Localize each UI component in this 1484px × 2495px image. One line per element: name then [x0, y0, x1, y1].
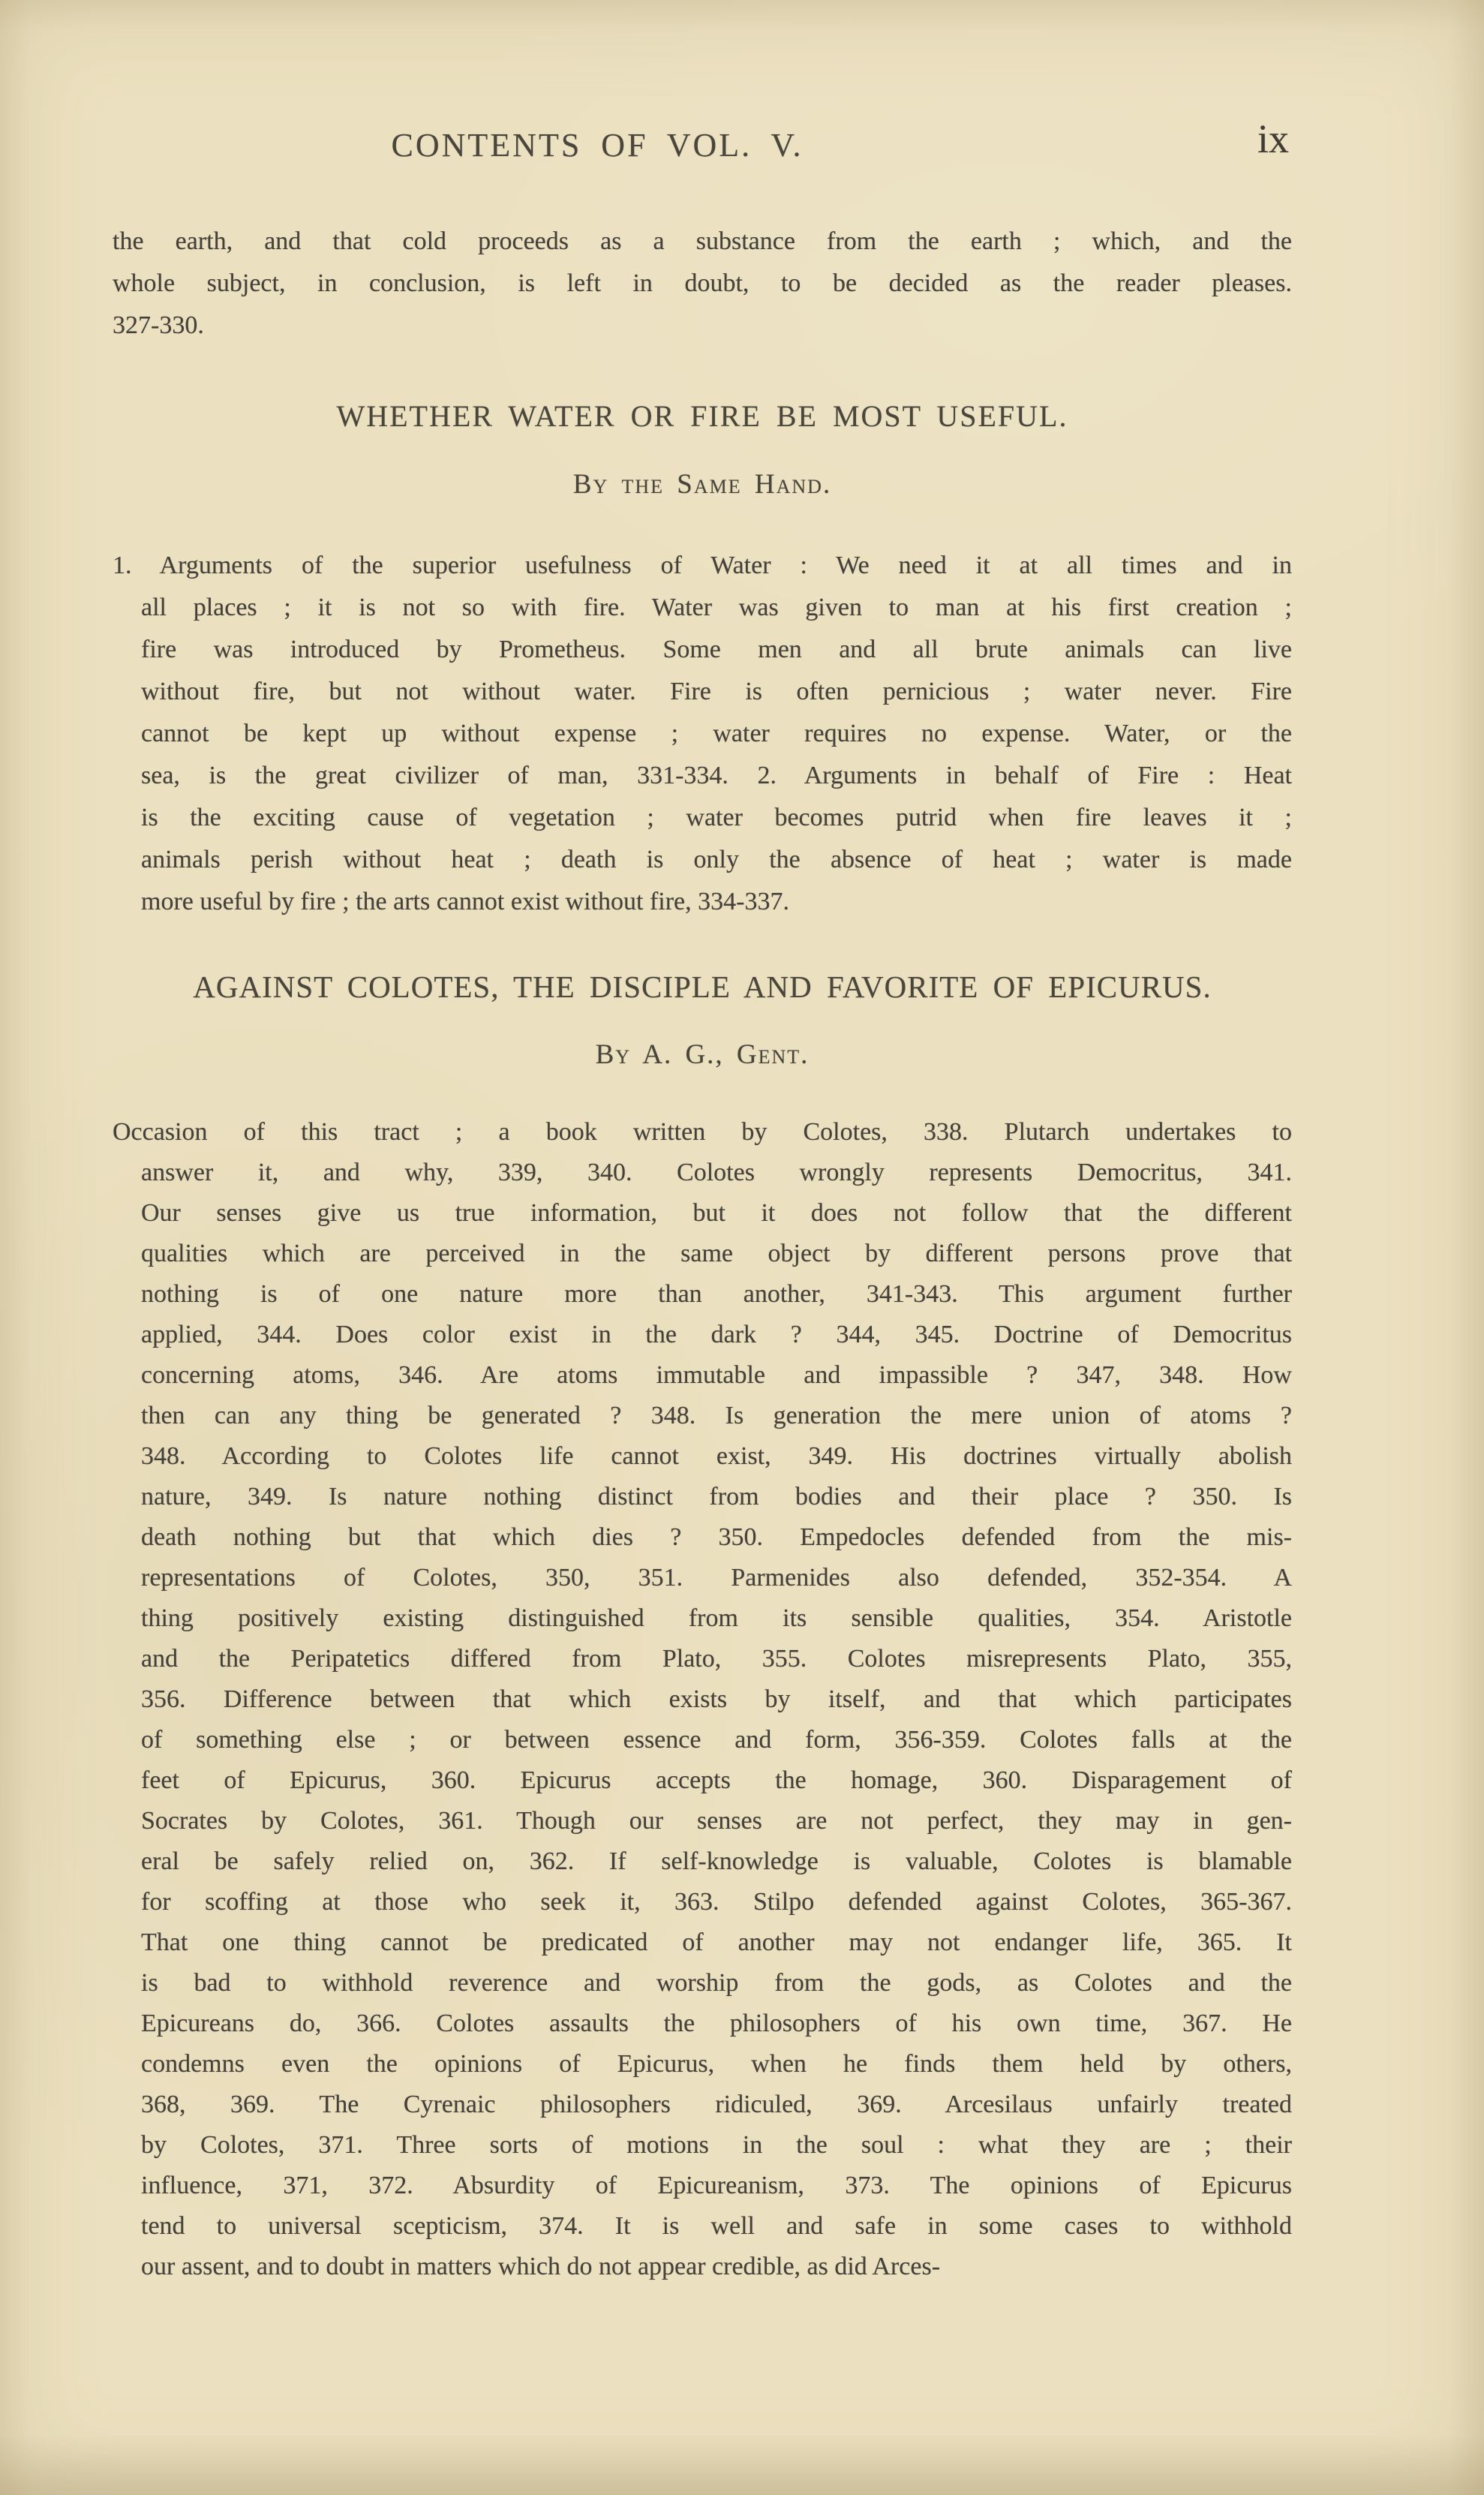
- text-line: That one thing cannot be predicated of a…: [141, 1922, 1292, 1963]
- text-line: 327-330.: [113, 305, 1292, 347]
- section-paragraph-against-colotes: Occasion of this tract ; a book written …: [113, 1112, 1292, 2287]
- page-header: CONTENTS OF VOL. V. ix: [113, 122, 1292, 174]
- text-line: nature, 349. Is nature nothing distinct …: [141, 1477, 1292, 1517]
- section-heading-water-or-fire: WHETHER WATER OR FIRE BE MOST USEFUL.: [113, 398, 1292, 434]
- text-line: tend to universal scepticism, 374. It is…: [141, 2206, 1292, 2247]
- section-paragraph-water-or-fire: 1. Arguments of the superior usefulness …: [113, 545, 1292, 923]
- text-line: cannot be kept up without expense ; wate…: [141, 713, 1292, 755]
- text-line: sea, is the great civilizer of man, 331-…: [141, 755, 1292, 797]
- page-title: CONTENTS OF VOL. V.: [113, 126, 1082, 164]
- text-line: 1. Arguments of the superior usefulness …: [113, 545, 1292, 587]
- text-line: Our senses give us true information, but…: [141, 1193, 1292, 1234]
- intro-paragraph: the earth, and that cold proceeds as a s…: [113, 221, 1292, 347]
- section-heading-against-colotes: AGAINST COLOTES, THE DISCIPLE AND FAVORI…: [113, 969, 1292, 1005]
- text-line: eral be safely relied on, 362. If self-k…: [141, 1841, 1292, 1882]
- text-line: Occasion of this tract ; a book written …: [113, 1112, 1292, 1153]
- text-line: fire was introduced by Prometheus. Some …: [141, 629, 1292, 671]
- text-line: thing positively existing distinguished …: [141, 1598, 1292, 1639]
- text-line: by Colotes, 371. Three sorts of motions …: [141, 2125, 1292, 2166]
- text-line: nothing is of one nature more than anoth…: [141, 1274, 1292, 1315]
- text-line: without fire, but not without water. Fir…: [141, 671, 1292, 713]
- text-line: then can any thing be generated ? 348. I…: [141, 1396, 1292, 1436]
- text-line: feet of Epicurus, 360. Epicurus accepts …: [141, 1760, 1292, 1801]
- text-line: condemns even the opinions of Epicurus, …: [141, 2044, 1292, 2085]
- text-line: is the exciting cause of vegetation ; wa…: [141, 797, 1292, 839]
- text-line: 368, 369. The Cyrenaic philosophers ridi…: [141, 2085, 1292, 2125]
- text-line: our assent, and to doubt in matters whic…: [141, 2247, 1292, 2287]
- book-page: CONTENTS OF VOL. V. ix the earth, and th…: [0, 0, 1484, 2495]
- text-line: and the Peripatetics differed from Plato…: [141, 1639, 1292, 1679]
- text-line: 348. According to Colotes life cannot ex…: [141, 1436, 1292, 1477]
- text-line: all places ; it is not so with fire. Wat…: [141, 587, 1292, 629]
- text-line: the earth, and that cold proceeds as a s…: [113, 221, 1292, 263]
- text-line: 356. Difference between that which exist…: [141, 1679, 1292, 1720]
- text-line: concerning atoms, 346. Are atoms immutab…: [141, 1355, 1292, 1396]
- text-line: Socrates by Colotes, 361. Though our sen…: [141, 1801, 1292, 1841]
- text-line: influence, 371, 372. Absurdity of Epicur…: [141, 2166, 1292, 2206]
- text-line: answer it, and why, 339, 340. Colotes wr…: [141, 1153, 1292, 1193]
- section-byline-against-colotes: By A. G., Gent.: [113, 1039, 1292, 1071]
- text-line: whole subject, in conclusion, is left in…: [113, 263, 1292, 305]
- text-line: is bad to withhold reverence and worship…: [141, 1963, 1292, 2004]
- section-byline-water-or-fire: By the Same Hand.: [113, 468, 1292, 501]
- text-line: of something else ; or between essence a…: [141, 1720, 1292, 1760]
- text-line: representations of Colotes, 350, 351. Pa…: [141, 1558, 1292, 1598]
- page-number: ix: [1257, 116, 1289, 162]
- text-line: applied, 344. Does color exist in the da…: [141, 1315, 1292, 1355]
- text-line: animals perish without heat ; death is o…: [141, 839, 1292, 881]
- text-line: more useful by fire ; the arts cannot ex…: [141, 881, 1292, 923]
- text-line: for scoffing at those who seek it, 363. …: [141, 1882, 1292, 1922]
- text-line: death nothing but that which dies ? 350.…: [141, 1517, 1292, 1558]
- text-line: Epicureans do, 366. Colotes assaults the…: [141, 2004, 1292, 2044]
- text-line: qualities which are perceived in the sam…: [141, 1234, 1292, 1274]
